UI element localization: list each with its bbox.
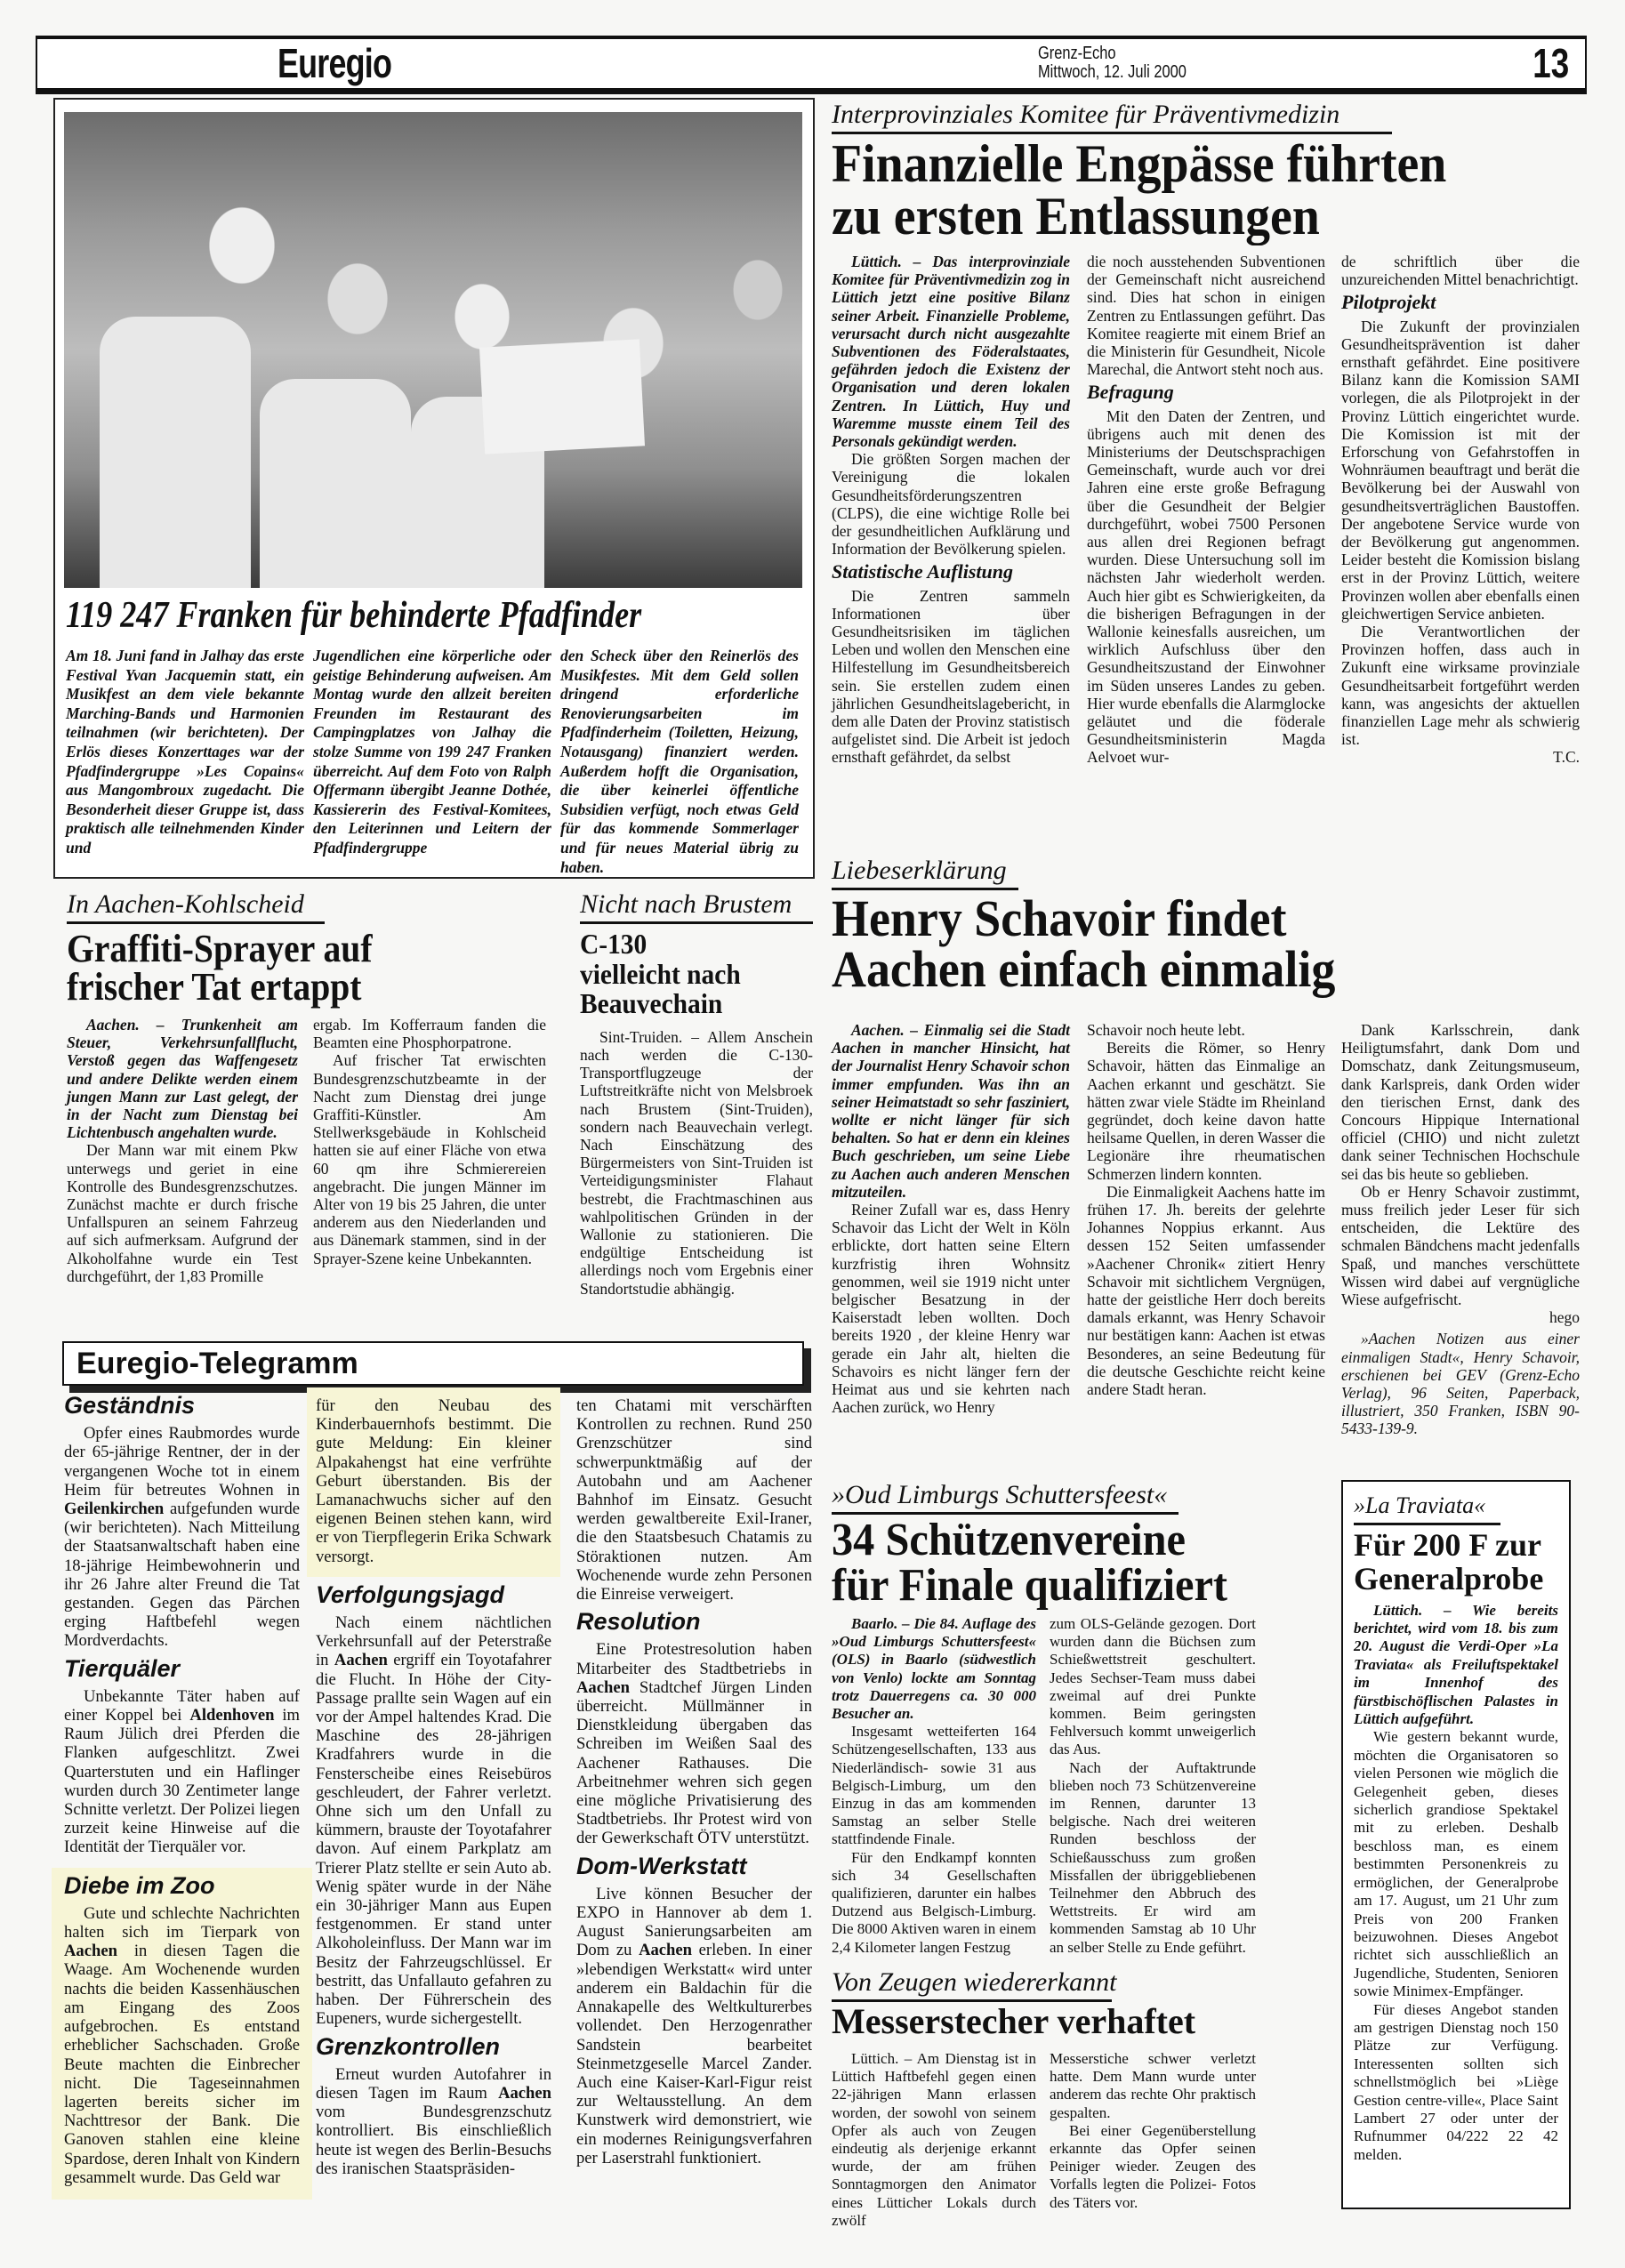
graffiti-col-2: ergab. Im Kofferraum fanden die Beamten …: [313, 1016, 546, 1267]
telegramm-item: Unbekannte Täter haben auf einer Koppel …: [64, 1687, 300, 1857]
caption-col-3: den Scheck über den Reinerlös des Musikf…: [560, 647, 799, 877]
article-headline: Henry Schavoir findet Aachen einfach ein…: [832, 894, 1526, 995]
article-messer: Von Zeugen wiedererkannt Messerstecher v…: [832, 1967, 1259, 2039]
article-headline: 34 Schützenvereine für Finale qualifizie…: [832, 1518, 1295, 1609]
schuetzen-col-1: Baarlo. – Die 84. Auflage des »Oud Limbu…: [832, 1615, 1036, 1957]
article-headline: C-130 vielleicht nach Beauvechain: [580, 929, 800, 1019]
article-kicker: »La Traviata«: [1354, 1491, 1500, 1525]
article-kicker: »Oud Limburgs Schuttersfeest«: [832, 1480, 1179, 1515]
highlighted-item: Diebe im Zoo Gute und schlechte Nachrich…: [52, 1868, 312, 2200]
article-headline: Graffiti-Sprayer auf frischer Tat ertapp…: [67, 929, 515, 1006]
article-kicker: Interprovinziales Komitee für Präventivm…: [832, 100, 1392, 134]
schuetzen-col-2: zum OLS-Gelände gezogen. Dort wurden dan…: [1050, 1615, 1256, 1957]
komitee-col-3: de schriftlich über die unzureichenden M…: [1341, 253, 1580, 767]
telegramm-header: Euregio-Telegramm: [62, 1341, 804, 1386]
article-graffiti: In Aachen-Kohlscheid Graffiti-Sprayer au…: [67, 889, 565, 1006]
telegramm-title: Euregio-Telegramm: [64, 1343, 802, 1384]
item-heading: Grenzkontrollen: [316, 2038, 551, 2056]
telegramm-item: Gute und schlechte Nachrichten halten si…: [64, 1904, 300, 2187]
highlighted-continuation: für den Neubau des Kinderbauernhofs best…: [307, 1387, 560, 1577]
article-komitee: Interprovinziales Komitee für Präventivm…: [832, 100, 1579, 243]
article-headline: Messerstecher verhaftet: [832, 2004, 1259, 2039]
article-headline: Für 200 F zur Generalprobe: [1354, 1529, 1558, 1596]
messer-col-2: Messerstiche schwer verletzt hatte. Dem …: [1050, 2050, 1256, 2212]
telegramm-item: Erneut wurden Autofahrer in diesen Tagen…: [316, 2065, 551, 2178]
photo-headline: 119 247 Franken für behinderte Pfadfinde…: [66, 594, 641, 637]
article-kicker: Nicht nach Brustem: [580, 889, 813, 924]
telegramm-col-2: für den Neubau des Kinderbauernhofs best…: [316, 1396, 551, 2178]
komitee-col-1: Lüttich. – Das interprovinziale Komitee …: [832, 253, 1070, 767]
item-heading: Diebe im Zoo: [64, 1877, 300, 1895]
author: T.C.: [1341, 748, 1580, 766]
telegramm-col-3: ten Chatami mit verschärften Kontrollen …: [576, 1396, 812, 2167]
article-schuetzen: »Oud Limburgs Schuttersfeest« 34 Schütze…: [832, 1480, 1330, 1609]
article-kicker: Von Zeugen wiedererkannt: [832, 1967, 1112, 2002]
paper-info: Grenz-Echo Mittwoch, 12. Juli 2000: [1038, 44, 1187, 82]
traviata-body: Lüttich. – Wie bereits berichtet, wird v…: [1354, 1602, 1558, 2165]
article-headline: Finanzielle Engpässe führten zu ersten E…: [832, 138, 1526, 243]
article-traviata: »La Traviata« Für 200 F zur Generalprobe…: [1341, 1480, 1571, 2209]
item-heading: Verfolgungsjagd: [316, 1586, 551, 1604]
subheading: Befragung: [1087, 383, 1325, 401]
item-heading: Dom-Werkstatt: [576, 1857, 812, 1876]
group-photo: [64, 112, 802, 588]
author: hego: [1341, 1308, 1580, 1326]
cheque: [479, 339, 645, 454]
article-schavoir: Liebeserklärung Henry Schavoir findet Aa…: [832, 856, 1579, 995]
issue-date: Mittwoch, 12. Juli 2000: [1038, 63, 1187, 82]
book-info: »Aachen Notizen aus einer einmaligen Sta…: [1341, 1330, 1580, 1437]
page-number: 13: [1532, 39, 1569, 88]
graffiti-col-1: Aachen. – Trunkenheit am Steuer, Verkehr…: [67, 1016, 298, 1285]
item-heading: Tierquäler: [64, 1660, 300, 1678]
item-heading: Geständnis: [64, 1396, 300, 1415]
schavoir-col-3: Dank Karlsschrein, dank Heiligtumsfahrt,…: [1341, 1021, 1580, 1438]
photo-story: 119 247 Franken für behinderte Pfadfinde…: [53, 98, 815, 879]
article-c130: Nicht nach Brustem C-130 vielleicht nach…: [580, 889, 820, 1298]
messer-col-1: Lüttich. – Am Dienstag ist in Lüttich Ha…: [832, 2050, 1036, 2230]
subheading: Pilotprojekt: [1341, 294, 1580, 311]
telegramm-item: Eine Protestresolution haben Mitarbeiter…: [576, 1640, 812, 1847]
telegramm-col-1: Geständnis Opfer eines Raubmordes wurde …: [64, 1396, 300, 2200]
caption-col-2: Jugendlichen eine körperliche oder geist…: [313, 647, 551, 858]
caption-col-1: Am 18. Juni fand in Jalhay das erste Fes…: [66, 647, 304, 858]
schavoir-col-1: Aachen. – Einmalig sei die Stadt Aachen …: [832, 1021, 1070, 1416]
paper-name: Grenz-Echo: [1038, 44, 1187, 63]
telegramm-item: Opfer eines Raubmordes wurde der 65-jähr…: [64, 1424, 300, 1650]
item-heading: Resolution: [576, 1613, 812, 1631]
masthead: Euregio Grenz-Echo Mittwoch, 12. Juli 20…: [36, 36, 1587, 94]
komitee-col-2: die noch ausstehenden Subventionen der G…: [1087, 253, 1325, 767]
article-kicker: In Aachen-Kohlscheid: [67, 889, 325, 924]
section-title: Euregio: [278, 39, 391, 88]
subheading: Statistische Auflistung: [832, 563, 1070, 581]
c130-body: Sint-Truiden. – Allem Anschein nach werd…: [580, 1028, 813, 1298]
schavoir-col-2: Schavoir noch heute lebt. Bereits die Rö…: [1087, 1021, 1325, 1398]
telegramm-item: Live können Besucher der EXPO in Hannove…: [576, 1885, 812, 2167]
article-kicker: Liebeserklärung: [832, 856, 1018, 890]
telegramm-item: Nach einem nächtlichen Verkehrsunfall au…: [316, 1613, 551, 2028]
